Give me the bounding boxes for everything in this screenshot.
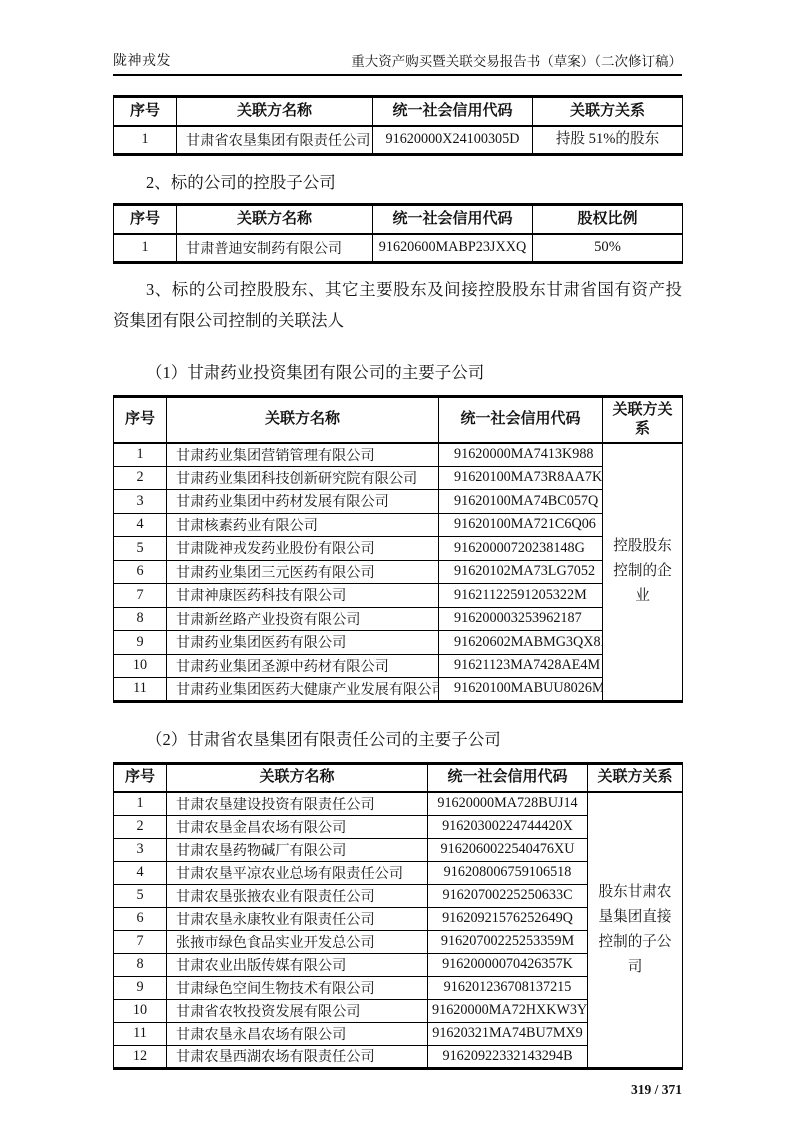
cell-name: 甘肃药业集团医药有限公司 [167, 631, 439, 655]
column-header: 序号 [114, 763, 167, 792]
table-header-row: 序号关联方名称统一社会信用代码关联方关系 [114, 397, 683, 443]
cell-seq: 6 [114, 560, 167, 584]
cell-seq: 10 [114, 654, 167, 678]
page-number: 319 / 371 [113, 1082, 682, 1098]
table-header-row: 序号关联方名称统一社会信用代码关联方关系 [114, 763, 683, 792]
column-header: 统一社会信用代码 [439, 397, 603, 443]
cell-seq: 5 [114, 884, 167, 907]
cell-name: 甘肃农垦张掖农业有限责任公司 [167, 884, 428, 907]
cell-name: 甘肃神康医药科技有限公司 [167, 584, 439, 608]
table-nongken-group-subsidiaries: 序号关联方名称统一社会信用代码关联方关系1甘肃农垦建设投资有限责任公司91620… [113, 762, 683, 1070]
cell-code: 91620602MABMG3QX8X [439, 631, 603, 655]
cell-seq: 4 [114, 861, 167, 884]
table-header-row: 序号关联方名称统一社会信用代码股权比例 [114, 205, 683, 234]
cell-code: 916208006759106518 [428, 861, 588, 884]
table-row: 9甘肃药业集团医药有限公司91620602MABMG3QX8X [114, 631, 683, 655]
cell-code: 91620100MABUU8026M [439, 678, 603, 702]
cell-relation-merged: 股东甘肃农垦集团直接控制的子公司 [588, 792, 683, 1068]
table-controlling-shareholder: 序号关联方名称统一社会信用代码关联方关系1甘肃省农垦集团有限责任公司916200… [113, 95, 683, 156]
column-header: 关联方名称 [167, 763, 428, 792]
cell-code: 91620000MA7413K988 [439, 443, 603, 467]
heading-sub-1: （1）甘肃药业投资集团有限公司的主要子公司 [113, 359, 682, 383]
cell-seq: 1 [114, 126, 177, 155]
column-header: 统一社会信用代码 [373, 97, 533, 126]
cell-seq: 11 [114, 1022, 167, 1045]
column-header: 股权比例 [533, 205, 683, 234]
cell-seq: 11 [114, 678, 167, 702]
cell-seq: 8 [114, 953, 167, 976]
cell-relation: 50% [533, 234, 683, 263]
document-page: 陇神戎发 重大资产购买暨关联交易报告书（草案）（二次修订稿） 序号关联方名称统一… [0, 0, 793, 1122]
column-header: 序号 [114, 97, 177, 126]
page-content: 陇神戎发 重大资产购买暨关联交易报告书（草案）（二次修订稿） 序号关联方名称统一… [113, 50, 682, 1098]
cell-name: 甘肃农垦永昌农场有限公司 [167, 1022, 428, 1045]
cell-code: 91620000X24100305D [373, 126, 533, 155]
cell-code: 91620000720238148G [439, 537, 603, 561]
cell-code: 916200003253962187 [439, 607, 603, 631]
cell-seq: 9 [114, 976, 167, 999]
table-row: 4甘肃核素药业有限公司91620100MA721C6Q06 [114, 513, 683, 537]
cell-code: 91620100MA73R8AA7K [439, 466, 603, 490]
cell-seq: 3 [114, 838, 167, 861]
table-row: 5甘肃陇神戎发药业股份有限公司91620000720238148G [114, 537, 683, 561]
cell-name: 甘肃农垦金昌农场有限公司 [167, 815, 428, 838]
cell-seq: 1 [114, 443, 167, 467]
table-row: 8甘肃新丝路产业投资有限公司916200003253962187 [114, 607, 683, 631]
cell-seq: 1 [114, 234, 177, 263]
cell-code: 91620300224744420X [428, 815, 588, 838]
table-row: 6甘肃药业集团三元医药有限公司91620102MA73LG7052 [114, 560, 683, 584]
cell-seq: 3 [114, 490, 167, 514]
cell-seq: 9 [114, 631, 167, 655]
table-row: 1甘肃省农垦集团有限责任公司91620000X24100305D持股 51%的股… [114, 126, 683, 155]
heading-section-2: 2、标的公司的控股子公司 [113, 169, 682, 193]
column-header: 序号 [114, 397, 167, 443]
cell-name: 甘肃核素药业有限公司 [167, 513, 439, 537]
cell-name: 甘肃药业集团三元医药有限公司 [167, 560, 439, 584]
table-row: 1甘肃普迪安制药有限公司91620600MABP23JXXQ50% [114, 234, 683, 263]
cell-relation: 持股 51%的股东 [533, 126, 683, 155]
column-header: 统一社会信用代码 [373, 205, 533, 234]
cell-seq: 5 [114, 537, 167, 561]
cell-relation-merged: 控股股东控制的企业 [603, 443, 683, 702]
cell-code: 91620600MABP23JXXQ [373, 234, 533, 263]
cell-code: 91620100MA721C6Q06 [439, 513, 603, 537]
page-header: 陇神戎发 重大资产购买暨关联交易报告书（草案）（二次修订稿） [113, 50, 682, 76]
cell-seq: 1 [114, 792, 167, 815]
table-row: 10甘肃药业集团圣源中药材有限公司91621123MA7428AE4M [114, 654, 683, 678]
cell-code: 91621123MA7428AE4M [439, 654, 603, 678]
cell-code: 91620100MA74BC057Q [439, 490, 603, 514]
cell-code: 91620102MA73LG7052 [439, 560, 603, 584]
column-header: 关联方名称 [177, 97, 373, 126]
header-report-title: 重大资产购买暨关联交易报告书（草案）（二次修订稿） [351, 50, 682, 70]
cell-name: 甘肃普迪安制药有限公司 [177, 234, 373, 263]
column-header: 关联方名称 [167, 397, 439, 443]
table-row: 2甘肃药业集团科技创新研究院有限公司91620100MA73R8AA7K [114, 466, 683, 490]
cell-code: 91620700225250633C [428, 884, 588, 907]
table-row: 7甘肃神康医药科技有限公司91621122591205322M [114, 584, 683, 608]
table-row: 1甘肃农垦建设投资有限责任公司91620000MA728BUJ14股东甘肃农垦集… [114, 792, 683, 815]
column-header: 关联方关系 [533, 97, 683, 126]
column-header: 关联方关系 [603, 397, 683, 443]
cell-name: 甘肃农业出版传媒有限公司 [167, 953, 428, 976]
cell-name: 甘肃绿色空间生物技术有限公司 [167, 976, 428, 999]
cell-name: 甘肃药业集团中药材发展有限公司 [167, 490, 439, 514]
cell-code: 91620921576252649Q [428, 907, 588, 930]
cell-code: 916201236708137215 [428, 976, 588, 999]
cell-name: 甘肃省农垦集团有限责任公司 [177, 126, 373, 155]
cell-seq: 7 [114, 584, 167, 608]
column-header: 统一社会信用代码 [428, 763, 588, 792]
cell-name: 甘肃农垦平凉农业总场有限责任公司 [167, 861, 428, 884]
table-row: 3甘肃药业集团中药材发展有限公司91620100MA74BC057Q [114, 490, 683, 514]
cell-code: 9162060022540476XU [428, 838, 588, 861]
cell-name: 甘肃药业集团营销管理有限公司 [167, 443, 439, 467]
cell-code: 91621122591205322M [439, 584, 603, 608]
table-header-row: 序号关联方名称统一社会信用代码关联方关系 [114, 97, 683, 126]
cell-seq: 6 [114, 907, 167, 930]
cell-code: 91620321MA74BU7MX9 [428, 1022, 588, 1045]
cell-seq: 12 [114, 1045, 167, 1068]
cell-code: 91620922332143294B [428, 1045, 588, 1068]
column-header: 关联方名称 [177, 205, 373, 234]
table-pharma-group-subsidiaries: 序号关联方名称统一社会信用代码关联方关系1甘肃药业集团营销管理有限公司91620… [113, 395, 683, 703]
cell-name: 甘肃药业集团圣源中药材有限公司 [167, 654, 439, 678]
cell-name: 甘肃药业集团科技创新研究院有限公司 [167, 466, 439, 490]
cell-name: 甘肃新丝路产业投资有限公司 [167, 607, 439, 631]
cell-code: 91620000MA728BUJ14 [428, 792, 588, 815]
column-header: 序号 [114, 205, 177, 234]
cell-name: 甘肃农垦西湖农场有限责任公司 [167, 1045, 428, 1068]
table-controlled-subsidiary: 序号关联方名称统一社会信用代码股权比例1甘肃普迪安制药有限公司91620600M… [113, 203, 683, 264]
header-company-short-name: 陇神戎发 [113, 50, 171, 70]
cell-name: 甘肃陇神戎发药业股份有限公司 [167, 537, 439, 561]
cell-seq: 2 [114, 466, 167, 490]
column-header: 关联方关系 [588, 763, 683, 792]
paragraph-section-3: 3、标的公司控股股东、其它主要股东及间接控股股东甘肃省国有资产投资集团有限公司控… [113, 274, 682, 336]
cell-name: 甘肃省农牧投资发展有限公司 [167, 999, 428, 1022]
cell-code: 91620000MA72HXKW3Y [428, 999, 588, 1022]
cell-name: 甘肃农垦药物碱厂有限公司 [167, 838, 428, 861]
table-row: 1甘肃药业集团营销管理有限公司91620000MA7413K988控股股东控制的… [114, 443, 683, 467]
cell-name: 甘肃农垦建设投资有限责任公司 [167, 792, 428, 815]
cell-code: 91620000070426357K [428, 953, 588, 976]
cell-name: 甘肃农垦永康牧业有限责任公司 [167, 907, 428, 930]
cell-seq: 2 [114, 815, 167, 838]
table-row: 11甘肃药业集团医药大健康产业发展有限公司91620100MABUU8026M [114, 678, 683, 702]
heading-sub-2: （2）甘肃省农垦集团有限责任公司的主要子公司 [113, 726, 682, 750]
cell-seq: 4 [114, 513, 167, 537]
cell-code: 91620700225253359M [428, 930, 588, 953]
cell-name: 甘肃药业集团医药大健康产业发展有限公司 [167, 678, 439, 702]
cell-name: 张掖市绿色食品实业开发总公司 [167, 930, 428, 953]
cell-seq: 10 [114, 999, 167, 1022]
cell-seq: 8 [114, 607, 167, 631]
cell-seq: 7 [114, 930, 167, 953]
